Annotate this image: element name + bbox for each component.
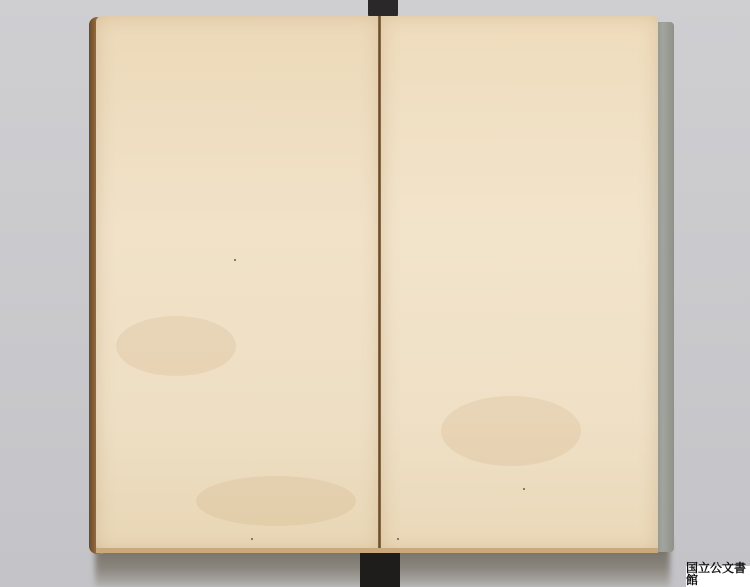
paper-speck (397, 538, 399, 540)
watermark-japanese: 国立公文書館 (686, 562, 750, 586)
paper-speck (251, 538, 253, 540)
right-page (381, 16, 658, 552)
paper-speck (234, 259, 236, 261)
paper-stain (196, 476, 356, 526)
left-page (96, 16, 380, 552)
paper-speck (523, 488, 525, 490)
paper-stain (441, 396, 581, 466)
page-bottom-edge (96, 548, 658, 553)
spine-bottom (360, 548, 400, 587)
paper-stain (116, 316, 236, 376)
archive-watermark: 国立公文書館 National Archives of Japan (686, 566, 750, 587)
